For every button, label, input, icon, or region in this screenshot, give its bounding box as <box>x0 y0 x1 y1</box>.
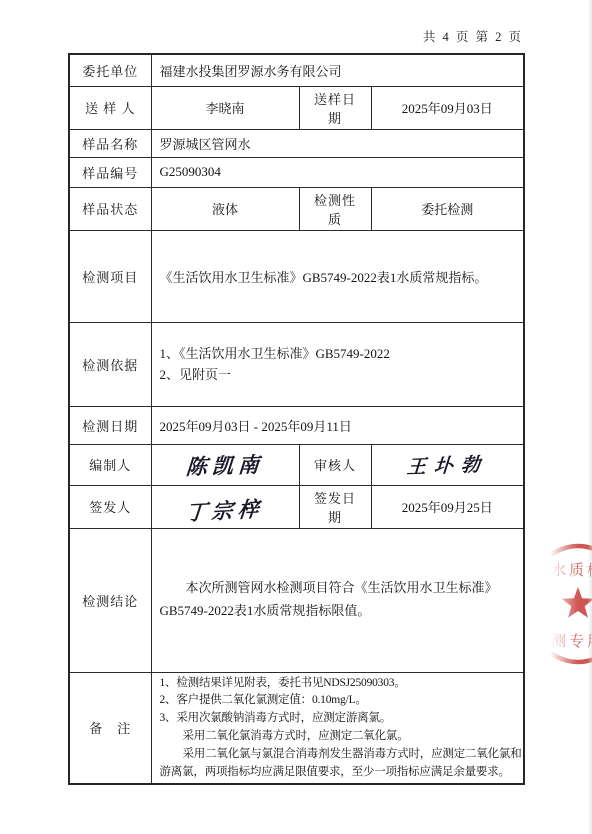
remark-line: 1、检测结果详见附表，委托书见NDSJ25090303。 <box>160 675 516 693</box>
sample-date-label: 送样日期 <box>299 86 371 129</box>
test-items-label: 检测项目 <box>69 230 151 322</box>
handwritten-signature: 丁宗梓 <box>184 492 265 526</box>
conclusion-text: 本次所测管网水检测项目符合《生活饮用水卫生标准》GB5749-2022表1水质常… <box>160 577 516 623</box>
test-date-label: 检测日期 <box>69 406 151 444</box>
sampler-value: 李晓南 <box>151 86 299 129</box>
sampler-label: 送 样 人 <box>69 86 151 129</box>
remarks-value: 1、检测结果详见附表，委托书见NDSJ25090303。 2、客户提供二氧化氯测… <box>151 672 524 784</box>
sample-name-label: 样品名称 <box>69 129 151 157</box>
remark-line: 3、采用次氯酸钠消毒方式时，应测定游离氯。 <box>160 710 516 728</box>
test-basis-line2: 2、见附页一 <box>160 364 516 385</box>
table-row: 备 注 1、检测结果详见附表，委托书见NDSJ25090303。 2、客户提供二… <box>69 672 524 784</box>
table-row: 检测项目 《生活饮用水卫生标准》GB5749-2022表1水质常规指标。 <box>69 230 524 322</box>
client-label: 委托单位 <box>69 54 151 86</box>
table-row: 送 样 人 李晓南 送样日期 2025年09月03日 <box>69 86 524 129</box>
compiler-label: 编制人 <box>69 444 151 485</box>
reviewer-label: 审核人 <box>299 444 371 485</box>
table-row: 编制人 陈凯南 审核人 王圤勃 <box>69 444 524 485</box>
test-basis-label: 检测依据 <box>69 322 151 406</box>
sample-no-value: G25090304 <box>151 157 524 187</box>
sample-state-label: 样品状态 <box>69 187 151 230</box>
sample-state-value: 液体 <box>151 187 299 230</box>
test-items-value: 《生活饮用水卫生标准》GB5749-2022表1水质常规指标。 <box>151 230 524 322</box>
test-basis-line1: 1、《生活饮用水卫生标准》GB5749-2022 <box>160 343 516 364</box>
remark-line: 采用二氧化氯消毒方式时，应测定二氧化氯。 <box>160 728 516 746</box>
conclusion-value: 本次所测管网水检测项目符合《生活饮用水卫生标准》GB5749-2022表1水质常… <box>151 528 524 672</box>
report-page: 共 4 页 第 2 页 委托单位 福建水投集团罗源水务有限公司 送 样 人 李晓… <box>0 0 592 834</box>
table-row: 检测依据 1、《生活饮用水卫生标准》GB5749-2022 2、见附页一 <box>69 322 524 406</box>
remark-line: 2、客户提供二氧化氯测定值：0.10mg/L。 <box>160 692 516 710</box>
sample-name-value: 罗源城区管网水 <box>151 129 524 157</box>
table-row: 样品编号 G25090304 <box>69 157 524 187</box>
table-row: 检测结论 本次所测管网水检测项目符合《生活饮用水卫生标准》GB5749-2022… <box>69 528 524 672</box>
report-table: 委托单位 福建水投集团罗源水务有限公司 送 样 人 李晓南 送样日期 2025年… <box>68 53 525 785</box>
issuer-signature: 丁宗梓 <box>151 485 299 528</box>
test-nature-value: 委托检测 <box>371 187 524 230</box>
page-number: 共 4 页 第 2 页 <box>0 27 523 45</box>
sample-date-value: 2025年09月03日 <box>371 86 524 129</box>
remark-line: 采用二氧化氯与氯混合消毒剂发生器消毒方式时，应测定二氧化氯和 <box>160 746 516 764</box>
seal-text-bottom: 测专用 <box>551 633 592 650</box>
remarks-label: 备 注 <box>69 672 151 784</box>
issue-date-label: 签发日期 <box>299 485 371 528</box>
test-basis-value: 1、《生活饮用水卫生标准》GB5749-2022 2、见附页一 <box>151 322 524 406</box>
issuer-label: 签发人 <box>69 485 151 528</box>
compiler-signature: 陈凯南 <box>151 444 299 485</box>
handwritten-signature: 陈凯南 <box>185 448 265 481</box>
conclusion-label: 检测结论 <box>69 528 151 672</box>
table-row: 样品名称 罗源城区管网水 <box>69 129 524 157</box>
table-row: 签发人 丁宗梓 签发日期 2025年09月25日 <box>69 485 524 528</box>
test-date-value: 2025年09月03日 - 2025年09月11日 <box>151 406 524 444</box>
issue-date-value: 2025年09月25日 <box>371 485 524 528</box>
remark-line: 游离氯，两项指标均应满足限值要求，至少一项指标应满足余量要求。 <box>160 764 516 782</box>
scan-edge-shadow <box>588 0 592 834</box>
seal-text-top: 水质检 <box>551 561 592 579</box>
client-value: 福建水投集团罗源水务有限公司 <box>151 54 524 86</box>
sample-no-label: 样品编号 <box>69 157 151 187</box>
red-seal-stamp: 水质检 测专用 <box>550 542 592 668</box>
test-nature-label: 检测性质 <box>299 187 371 230</box>
reviewer-signature: 王圤勃 <box>371 444 524 485</box>
handwritten-signature: 王圤勃 <box>406 450 489 480</box>
table-row: 检测日期 2025年09月03日 - 2025年09月11日 <box>69 406 524 444</box>
table-row: 委托单位 福建水投集团罗源水务有限公司 <box>69 54 524 86</box>
table-row: 样品状态 液体 检测性质 委托检测 <box>69 187 524 230</box>
